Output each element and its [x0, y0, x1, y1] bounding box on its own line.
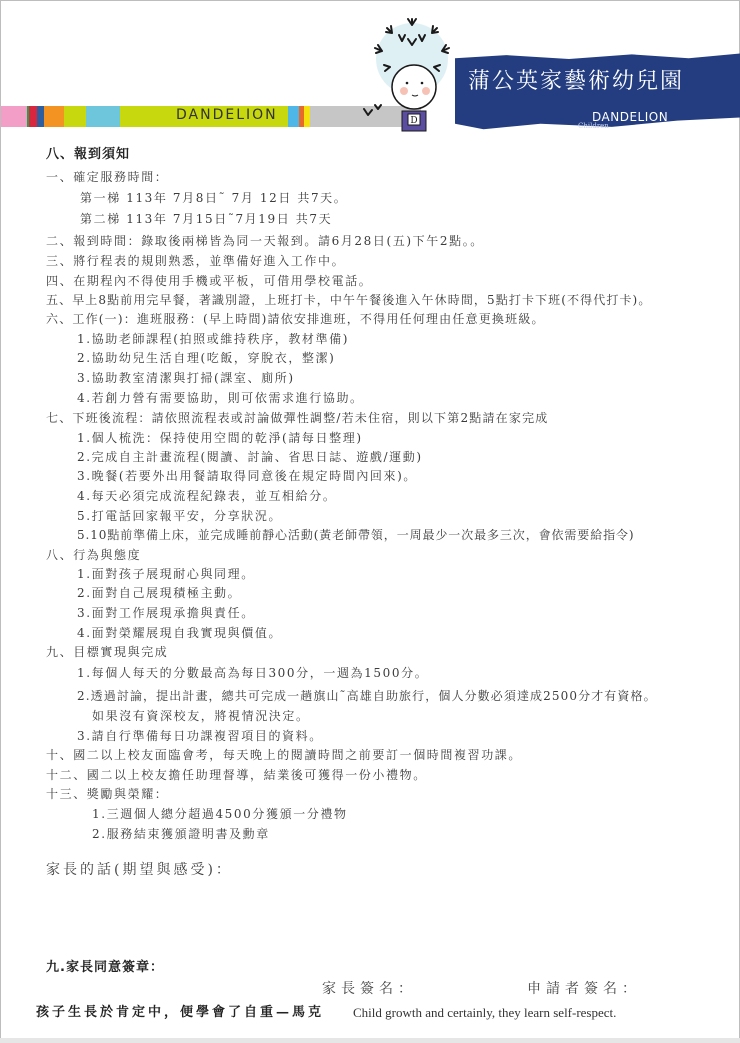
item-6-sub-3: 3.協助教室清潔與打掃(課室、廁所): [77, 370, 295, 386]
item-9-sub-3: 3.請自行準備每日功課複習項目的資料。: [77, 728, 323, 744]
quote-zh: 孩子生長於肯定中，便學會了自重—馬克: [36, 1005, 324, 1021]
parent-words-label: 家長的話(期望與感受)：: [46, 862, 233, 878]
item-6: 六、工作(一)：進班服務：(早上時間)請依安排進班，不得用任何理由任意更換班級。: [46, 311, 545, 327]
item-7-sub-3: 3.晚餐(若要外出用餐請取得同意後在規定時間內回來)。: [77, 468, 417, 484]
item-5: 五、早上8點前用完早餐，著識別證，上班打卡，中午午餐後進入午休時間，5點打卡下班…: [46, 292, 651, 308]
consent-title: 九.家長同意簽章：: [46, 960, 164, 976]
item-6-sub-4: 4.若創力營有需要協助，則可依需求進行協助。: [77, 390, 364, 406]
item-13: 十三、獎勵與榮耀：: [46, 786, 168, 802]
item-8-sub-2: 2.面對自己展現積極主動。: [77, 585, 241, 601]
school-name-zh: 蒲公英家藝術幼兒園: [468, 64, 684, 95]
item-6-sub-1: 1.協助老師課程(拍照或維持秩序，教材準備): [77, 331, 349, 347]
item-9: 九、目標實現與完成: [46, 644, 168, 660]
item-9-sub-2-cont: 如果沒有資深校友，將視情況決定。: [92, 708, 310, 724]
school-sub-en: Children: [578, 122, 609, 130]
item-1-batch-1: 第一梯 113年 7月8日˜ 7月 12日 共7天。: [80, 190, 347, 206]
item-13-sub-2: 2.服務結束獲頒證明書及勳章: [92, 826, 270, 842]
item-8: 八、行為與態度: [46, 547, 141, 563]
item-7-sub-4: 4.每天必須完成流程紀錄表，並互相給分。: [77, 488, 336, 504]
parent-signature-label: 家長簽名：: [322, 981, 417, 997]
item-8-sub-4: 4.面對榮耀展現自我實現與價值。: [77, 625, 282, 641]
stripe-brand-text: DANDELION: [176, 107, 278, 123]
item-7-sub-1: 1.個人梳洗：保持使用空間的乾淨(請每日整理): [77, 430, 363, 446]
item-7-sub-5: 5.打電話回家報平安，分享狀況。: [77, 508, 282, 524]
quote-en: Child growth and certainly, they learn s…: [353, 1005, 616, 1021]
item-9-sub-2: 2.透過討論，提出計畫，總共可完成一趟旗山˜高雄自助旅行，個人分數必須達成250…: [77, 688, 657, 704]
item-7-sub-6: 5.10點前準備上床，並完成睡前靜心活動(黃老師帶領，一周最少一次最多三次，會依…: [77, 527, 635, 543]
item-13-sub-1: 1.三週個人總分超過4500分獲頒一分禮物: [92, 806, 348, 822]
item-1-batch-2: 第二梯 113年 7月15日˜7月19日 共7天: [80, 211, 332, 227]
item-2: 二、報到時間：錄取後兩梯皆為同一天報到。請6月28日(五)下午2點。。: [46, 233, 484, 249]
item-4: 四、在期程內不得使用手機或平板，可借用學校電話。: [46, 273, 372, 289]
applicant-signature-label: 申請者簽名：: [527, 981, 641, 997]
item-10: 十、國二以上校友面臨會考，每天晚上的閱讀時間之前要訂一個時間複習功課。: [46, 747, 522, 763]
letterhead: DANDELION D 蒲公英家藝術幼兒園 DANDELION Children: [0, 0, 740, 135]
item-3: 三、將行程表的規則熟悉，並準備好進入工作中。: [46, 253, 345, 269]
svg-text:D: D: [410, 116, 417, 126]
item-8-sub-1: 1.面對孩子展現耐心與同理。: [77, 566, 255, 582]
section-title: 八、報到須知: [46, 147, 130, 163]
item-12: 十二、國二以上校友擔任助理督導，結業後可獲得一份小禮物。: [46, 767, 427, 783]
item-7: 七、下班後流程：請依照流程表或討論做彈性調整/若未住宿，則以下第2點請在家完成: [46, 410, 548, 426]
dandelion-mascot-icon: D: [362, 15, 462, 133]
item-9-sub-1: 1.每個人每天的分數最高為每日300分，一週為1500分。: [77, 665, 428, 681]
item-6-sub-2: 2.協助幼兒生活自理(吃飯，穿脫衣，整潔): [77, 350, 335, 366]
item-7-sub-2: 2.完成自主計畫流程(閱讀、討論、省思日誌、遊戲/運動): [77, 449, 423, 465]
page-bottom-edge: [0, 1038, 740, 1043]
item-1: 一、確定服務時間：: [46, 169, 168, 185]
item-8-sub-3: 3.面對工作展現承擔與責任。: [77, 605, 255, 621]
